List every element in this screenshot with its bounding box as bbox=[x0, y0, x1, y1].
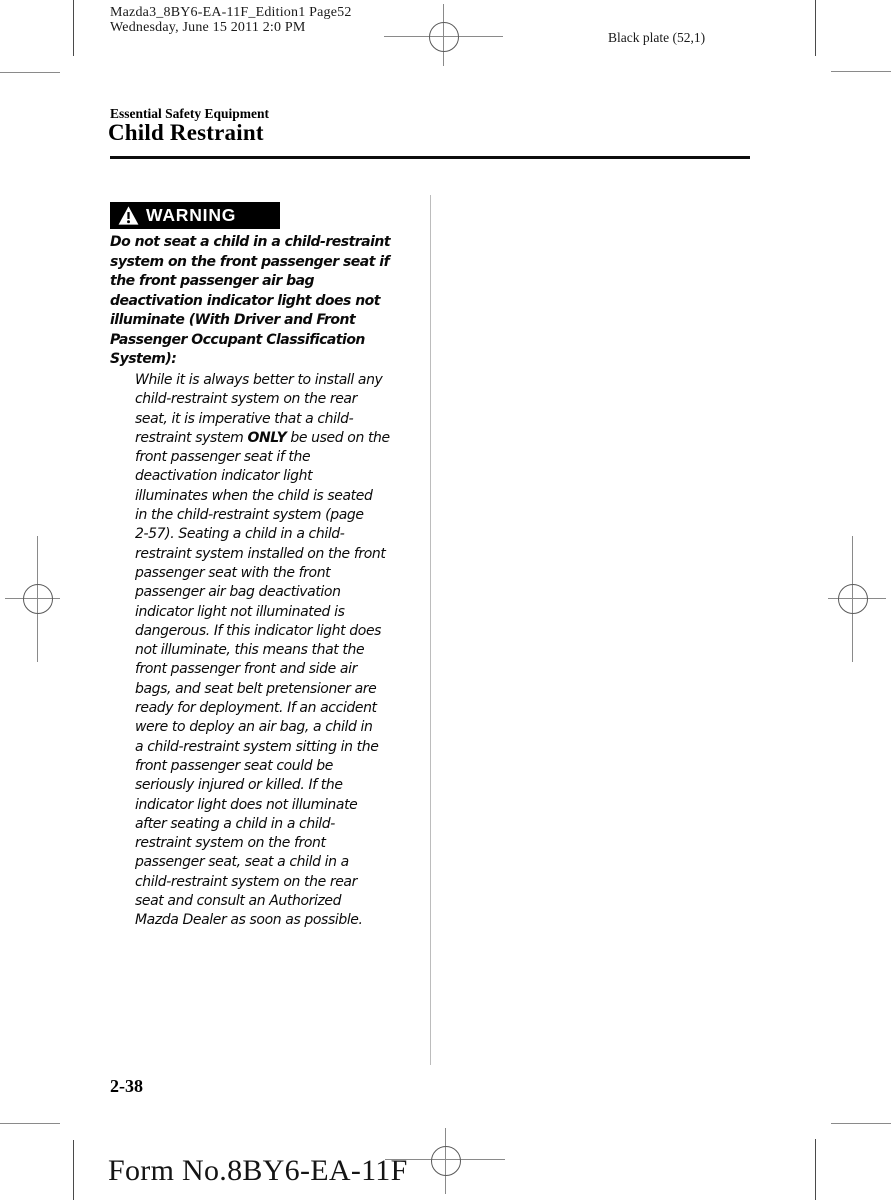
text-line: Passenger Occupant Classification bbox=[110, 331, 425, 351]
warning-label: WARNING bbox=[146, 205, 236, 226]
text-line: seriously injured or killed. If the bbox=[135, 776, 435, 795]
text-line: restraint system installed on the front bbox=[135, 545, 435, 564]
text-line: child-restraint system on the rear bbox=[135, 873, 435, 892]
text-line: were to deploy an air bag, a child in bbox=[135, 718, 435, 737]
page-number: 2-38 bbox=[110, 1076, 143, 1097]
trim-mark bbox=[73, 1140, 74, 1200]
text-line: a child-restraint system sitting in the bbox=[135, 738, 435, 757]
text-line: in the child-restraint system (page bbox=[135, 506, 435, 525]
trim-mark bbox=[831, 1123, 891, 1124]
text-line: front passenger seat if the bbox=[135, 448, 435, 467]
text-line: bags, and seat belt pretensioner are bbox=[135, 680, 435, 699]
slug-line-1: Mazda3_8BY6-EA-11F_Edition1 Page52 bbox=[110, 6, 352, 21]
trim-mark bbox=[815, 0, 816, 56]
text-line: 2-57). Seating a child in a child- bbox=[135, 525, 435, 544]
text-line: not illuminate, this means that the bbox=[135, 641, 435, 660]
form-number: Form No.8BY6-EA-11F bbox=[108, 1154, 408, 1188]
text-line: restraint system ONLY be used on the bbox=[135, 429, 435, 448]
warning-heading: Do not seat a child in a child-restraint… bbox=[110, 233, 425, 370]
text-line: deactivation indicator light bbox=[135, 467, 435, 486]
trim-mark bbox=[831, 71, 891, 72]
manual-page: Mazda3_8BY6-EA-11F_Edition1 Page52 Wedne… bbox=[0, 0, 891, 1200]
text-line: System): bbox=[110, 350, 425, 370]
text-line: child-restraint system on the rear bbox=[135, 390, 435, 409]
text-line: Do not seat a child in a child-restraint bbox=[110, 233, 425, 253]
text-line: passenger air bag deactivation bbox=[135, 583, 435, 602]
text-line: indicator light does not illuminate bbox=[135, 796, 435, 815]
text-line: dangerous. If this indicator light does bbox=[135, 622, 435, 641]
text-line: indicator light not illuminated is bbox=[135, 603, 435, 622]
text-line: passenger seat with the front bbox=[135, 564, 435, 583]
warning-triangle-icon bbox=[118, 206, 139, 225]
trim-mark bbox=[0, 1123, 60, 1124]
title-rule bbox=[110, 156, 750, 159]
text-line: seat, it is imperative that a child- bbox=[135, 410, 435, 429]
trim-mark bbox=[73, 0, 74, 56]
warning-body: While it is always better to install any… bbox=[135, 371, 435, 931]
text-line: Mazda Dealer as soon as possible. bbox=[135, 911, 435, 930]
text-line: deactivation indicator light does not bbox=[110, 292, 425, 312]
trim-mark bbox=[0, 72, 60, 73]
text-line: the front passenger air bag bbox=[110, 272, 425, 292]
text-line: While it is always better to install any bbox=[135, 371, 435, 390]
text-line: illuminates when the child is seated bbox=[135, 487, 435, 506]
print-slug: Mazda3_8BY6-EA-11F_Edition1 Page52 Wedne… bbox=[110, 6, 352, 35]
plate-note: Black plate (52,1) bbox=[608, 30, 705, 46]
text-line: restraint system on the front bbox=[135, 834, 435, 853]
text-line: front passenger seat could be bbox=[135, 757, 435, 776]
trim-mark bbox=[815, 1139, 816, 1200]
text-line: passenger seat, seat a child in a bbox=[135, 853, 435, 872]
text-line: system on the front passenger seat if bbox=[110, 253, 425, 273]
text-line: after seating a child in a child- bbox=[135, 815, 435, 834]
text-line: front passenger front and side air bbox=[135, 660, 435, 679]
warning-banner: WARNING bbox=[110, 202, 280, 229]
slug-line-2: Wednesday, June 15 2011 2:0 PM bbox=[110, 21, 352, 36]
page-title: Child Restraint bbox=[108, 120, 264, 146]
text-line: illuminate (With Driver and Front bbox=[110, 311, 425, 331]
text-line: seat and consult an Authorized bbox=[135, 892, 435, 911]
text-line: ready for deployment. If an accident bbox=[135, 699, 435, 718]
